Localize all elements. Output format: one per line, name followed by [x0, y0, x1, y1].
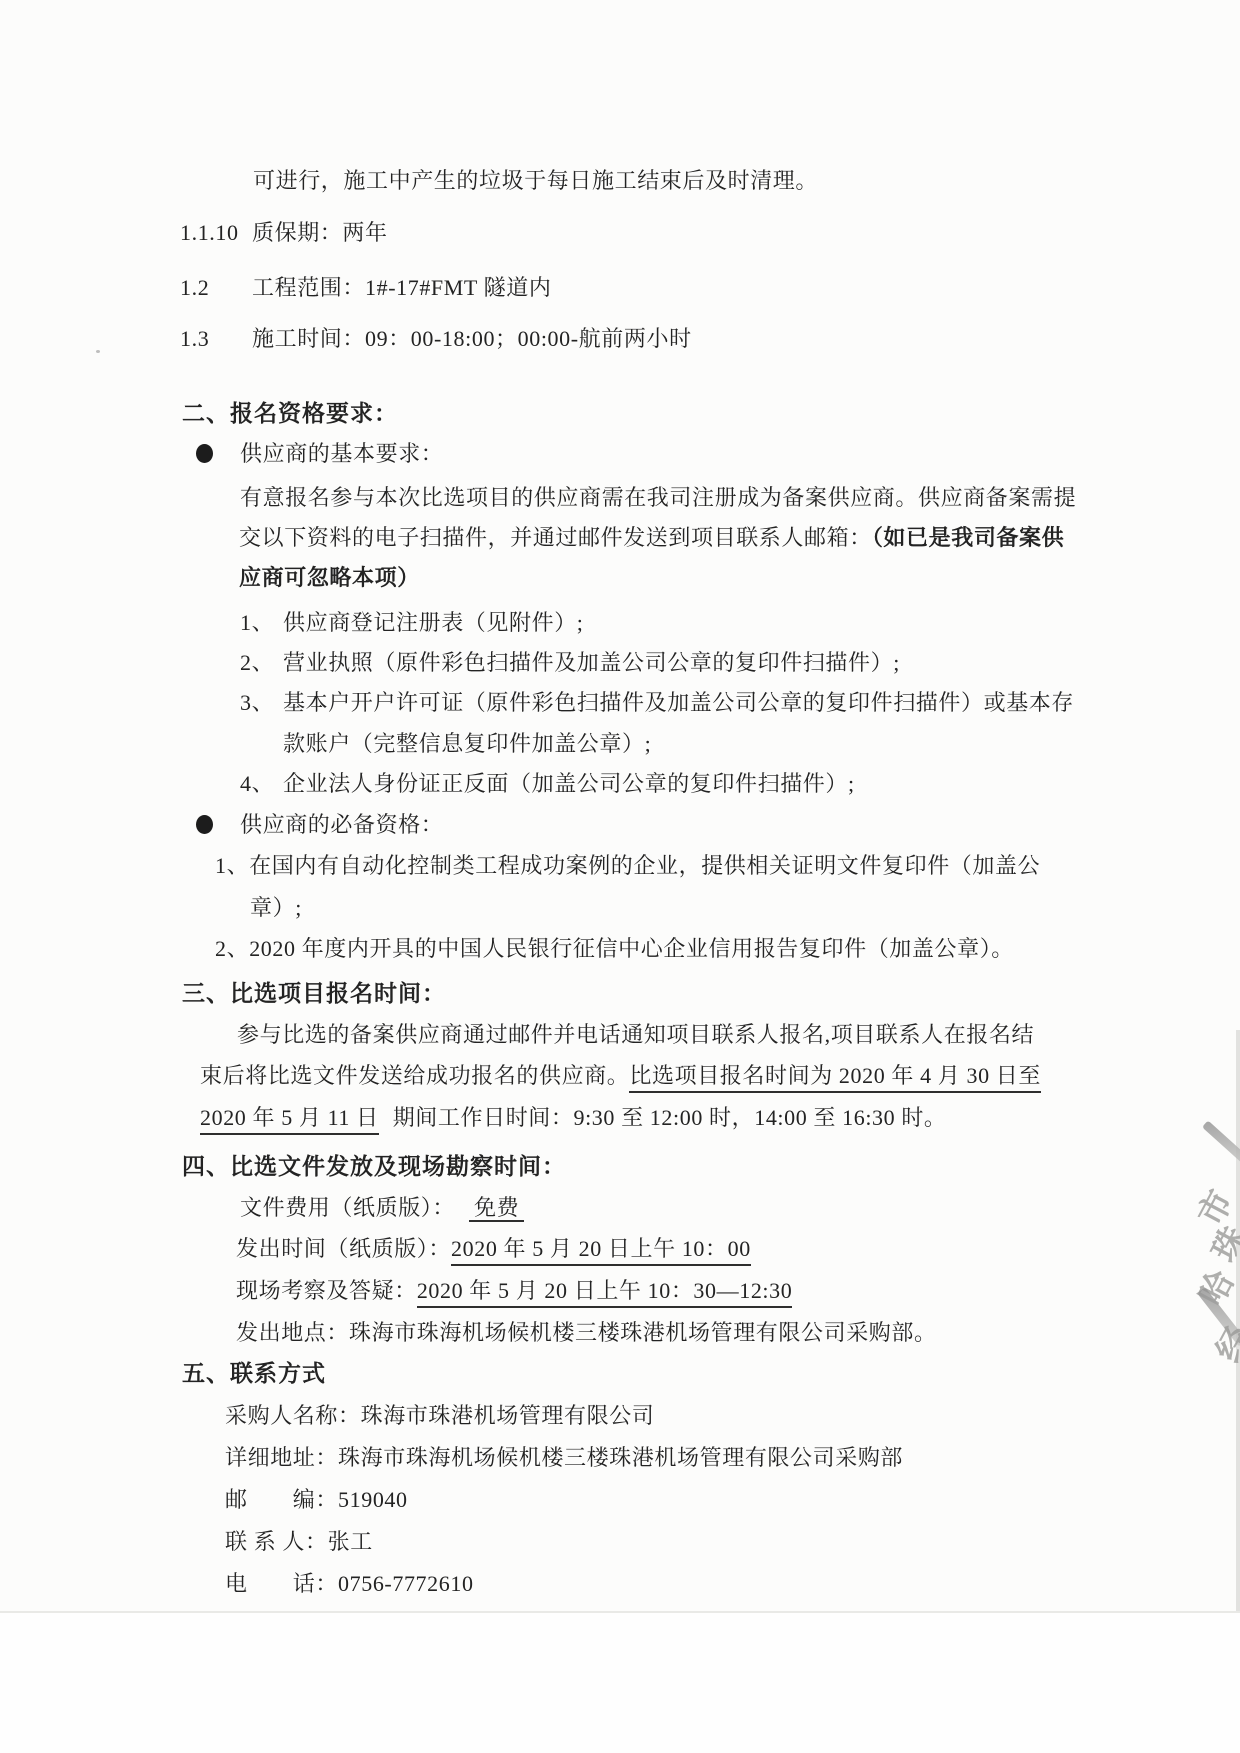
contact-label: 联 系 人：: [225, 1529, 328, 1554]
fee-label: 文件费用（纸质版）：: [240, 1195, 455, 1220]
contact-row: 电 话：0756-7772610: [225, 1569, 474, 1599]
clause-number: 1.1.10: [180, 218, 252, 248]
contact-label: 邮 编：: [225, 1487, 338, 1512]
contact-row: 联 系 人：张工: [225, 1527, 373, 1557]
contact-value: 0756-7772610: [338, 1571, 474, 1596]
list-item: 4、企业法人身份证正反面（加盖公司公章的复印件扫描件）;: [240, 769, 855, 799]
scan-speck: [96, 350, 100, 353]
fee-row: 文件费用（纸质版）：免费: [240, 1193, 524, 1223]
paragraph-line: 可进行，施工中产生的垃圾于每日施工结束后及时清理。: [253, 166, 818, 196]
list-item-text: 企业法人身份证正反面（加盖公司公章的复印件扫描件）;: [283, 771, 855, 796]
paragraph-text-bold: 应商可忽略本项）: [239, 563, 420, 593]
bullet-label: 供应商的基本要求：: [240, 439, 443, 469]
issue-time-value-underlined: 2020 年 5 月 20 日上午 10：00: [451, 1236, 751, 1266]
paragraph-text-bold: （如已是我司备案供: [872, 525, 1064, 550]
paragraph-text: 束后将比选文件发送给成功报名的供应商。: [200, 1063, 629, 1088]
site-visit-value-underlined: 2020 年 5 月 20 日上午 10：30—12:30: [417, 1278, 793, 1308]
contact-label: 详细地址：: [225, 1445, 338, 1470]
page-footer-area: [0, 1613, 1240, 1753]
contact-label: 电 话：: [225, 1571, 338, 1596]
list-item-number: 4、: [240, 769, 283, 799]
list-item-continuation: 款账户（完整信息复印件加盖公章）;: [283, 729, 651, 759]
scan-edge-line: [1236, 1030, 1240, 1615]
contact-row: 采购人名称：珠海市珠港机场管理有限公司: [225, 1401, 654, 1431]
fee-value-underlined: 免费: [469, 1195, 524, 1222]
list-item-number: 2、: [240, 648, 283, 678]
site-visit-row: 现场考察及答疑：2020 年 5 月 20 日上午 10：30—12:30: [236, 1276, 792, 1306]
list-item: 1、供应商登记注册表（见附件）;: [240, 608, 584, 638]
contact-value: 张工: [328, 1529, 373, 1554]
section-heading-3: 三、比选项目报名时间：: [182, 978, 446, 1008]
contact-value: 珠海市珠海机场候机楼三楼珠港机场管理有限公司采购部: [338, 1445, 903, 1470]
bullet-label: 供应商的必备资格：: [240, 810, 443, 840]
paragraph-line: 束后将比选文件发送给成功报名的供应商。比选项目报名时间为 2020 年 4 月 …: [200, 1061, 1041, 1091]
paragraph-line: 参与比选的备案供应商通过邮件并电话通知项目联系人报名,项目联系人在报名结: [237, 1020, 1034, 1050]
contact-row: 邮 编：519040: [225, 1485, 408, 1515]
clause-row: 1.1.10质保期：两年: [180, 218, 388, 248]
clause-number: 1.3: [180, 324, 252, 354]
contact-value: 珠海市珠港机场管理有限公司: [361, 1403, 655, 1428]
list-item-text: 营业执照（原件彩色扫描件及加盖公司公章的复印件扫描件）;: [283, 650, 900, 675]
underlined-date: 2020 年 5 月 11 日: [200, 1105, 379, 1135]
clause-number: 1.2: [180, 273, 252, 303]
paragraph-line: 有意报名参与本次比选项目的供应商需在我司注册成为备案供应商。供应商备案需提: [240, 483, 1076, 513]
document-page: 可进行，施工中产生的垃圾于每日施工结束后及时清理。 1.1.10质保期：两年 1…: [0, 0, 1240, 1753]
site-visit-label: 现场考察及答疑：: [236, 1278, 417, 1303]
issue-time-label: 发出时间（纸质版）：: [236, 1236, 451, 1261]
bullet-icon: [196, 815, 213, 834]
clause-text: 质保期：两年: [252, 220, 388, 245]
paragraph-line: 交以下资料的电子扫描件，并通过邮件发送到项目联系人邮箱：（如已是我司备案供: [239, 523, 1064, 553]
requirement-line: 1、在国内有自动化控制类工程成功案例的企业，提供相关证明文件复印件（加盖公: [215, 851, 1040, 881]
clause-text: 施工时间：09：00-18:00；00:00-航前两小时: [252, 326, 692, 351]
issue-time-row: 发出时间（纸质版）：2020 年 5 月 20 日上午 10：00: [236, 1234, 751, 1264]
paragraph-text: 期间工作日时间：9:30 至 12:00 时，14:00 至 16:30 时。: [393, 1105, 947, 1130]
list-item-number: 1、: [240, 608, 283, 638]
underlined-date-range: 比选项目报名时间为 2020 年 4 月 30 日至: [629, 1063, 1041, 1093]
section-heading-5: 五、联系方式: [182, 1358, 326, 1388]
clause-row: 1.2工程范围：1#-17#FMT 隧道内: [180, 273, 551, 303]
requirement-line: 2、2020 年度内开具的中国人民银行征信中心企业信用报告复印件（加盖公章）。: [215, 934, 1014, 964]
clause-text: 工程范围：1#-17#FMT 隧道内: [252, 275, 551, 300]
list-item: 3、基本户开户许可证（原件彩色扫描件及加盖公司公章的复印件扫描件）或基本存: [240, 688, 1074, 718]
contact-label: 采购人名称：: [225, 1403, 361, 1428]
contact-row: 详细地址：珠海市珠海机场候机楼三楼珠港机场管理有限公司采购部: [225, 1443, 903, 1473]
bullet-icon: [196, 444, 213, 463]
paragraph-line: 2020 年 5 月 11 日期间工作日时间：9:30 至 12:00 时，14…: [200, 1103, 947, 1133]
paragraph-text: 交以下资料的电子扫描件，并通过邮件发送到项目联系人邮箱：: [239, 525, 872, 550]
stamp-stroke: [1202, 1120, 1240, 1168]
list-item-text: 供应商登记注册表（见附件）;: [283, 610, 584, 635]
clause-row: 1.3施工时间：09：00-18:00；00:00-航前两小时: [180, 324, 692, 354]
contact-value: 519040: [338, 1487, 408, 1512]
list-item: 2、营业执照（原件彩色扫描件及加盖公司公章的复印件扫描件）;: [240, 648, 900, 678]
section-heading-2: 二、报名资格要求：: [182, 398, 398, 428]
issue-place-row: 发出地点：珠海市珠海机场候机楼三楼珠港机场管理有限公司采购部。: [236, 1318, 937, 1348]
list-item-text: 基本户开户许可证（原件彩色扫描件及加盖公司公章的复印件扫描件）或基本存: [283, 690, 1074, 715]
requirement-continuation: 章）;: [250, 893, 302, 923]
section-heading-4: 四、比选文件发放及现场勘察时间：: [182, 1151, 566, 1181]
list-item-number: 3、: [240, 688, 283, 718]
